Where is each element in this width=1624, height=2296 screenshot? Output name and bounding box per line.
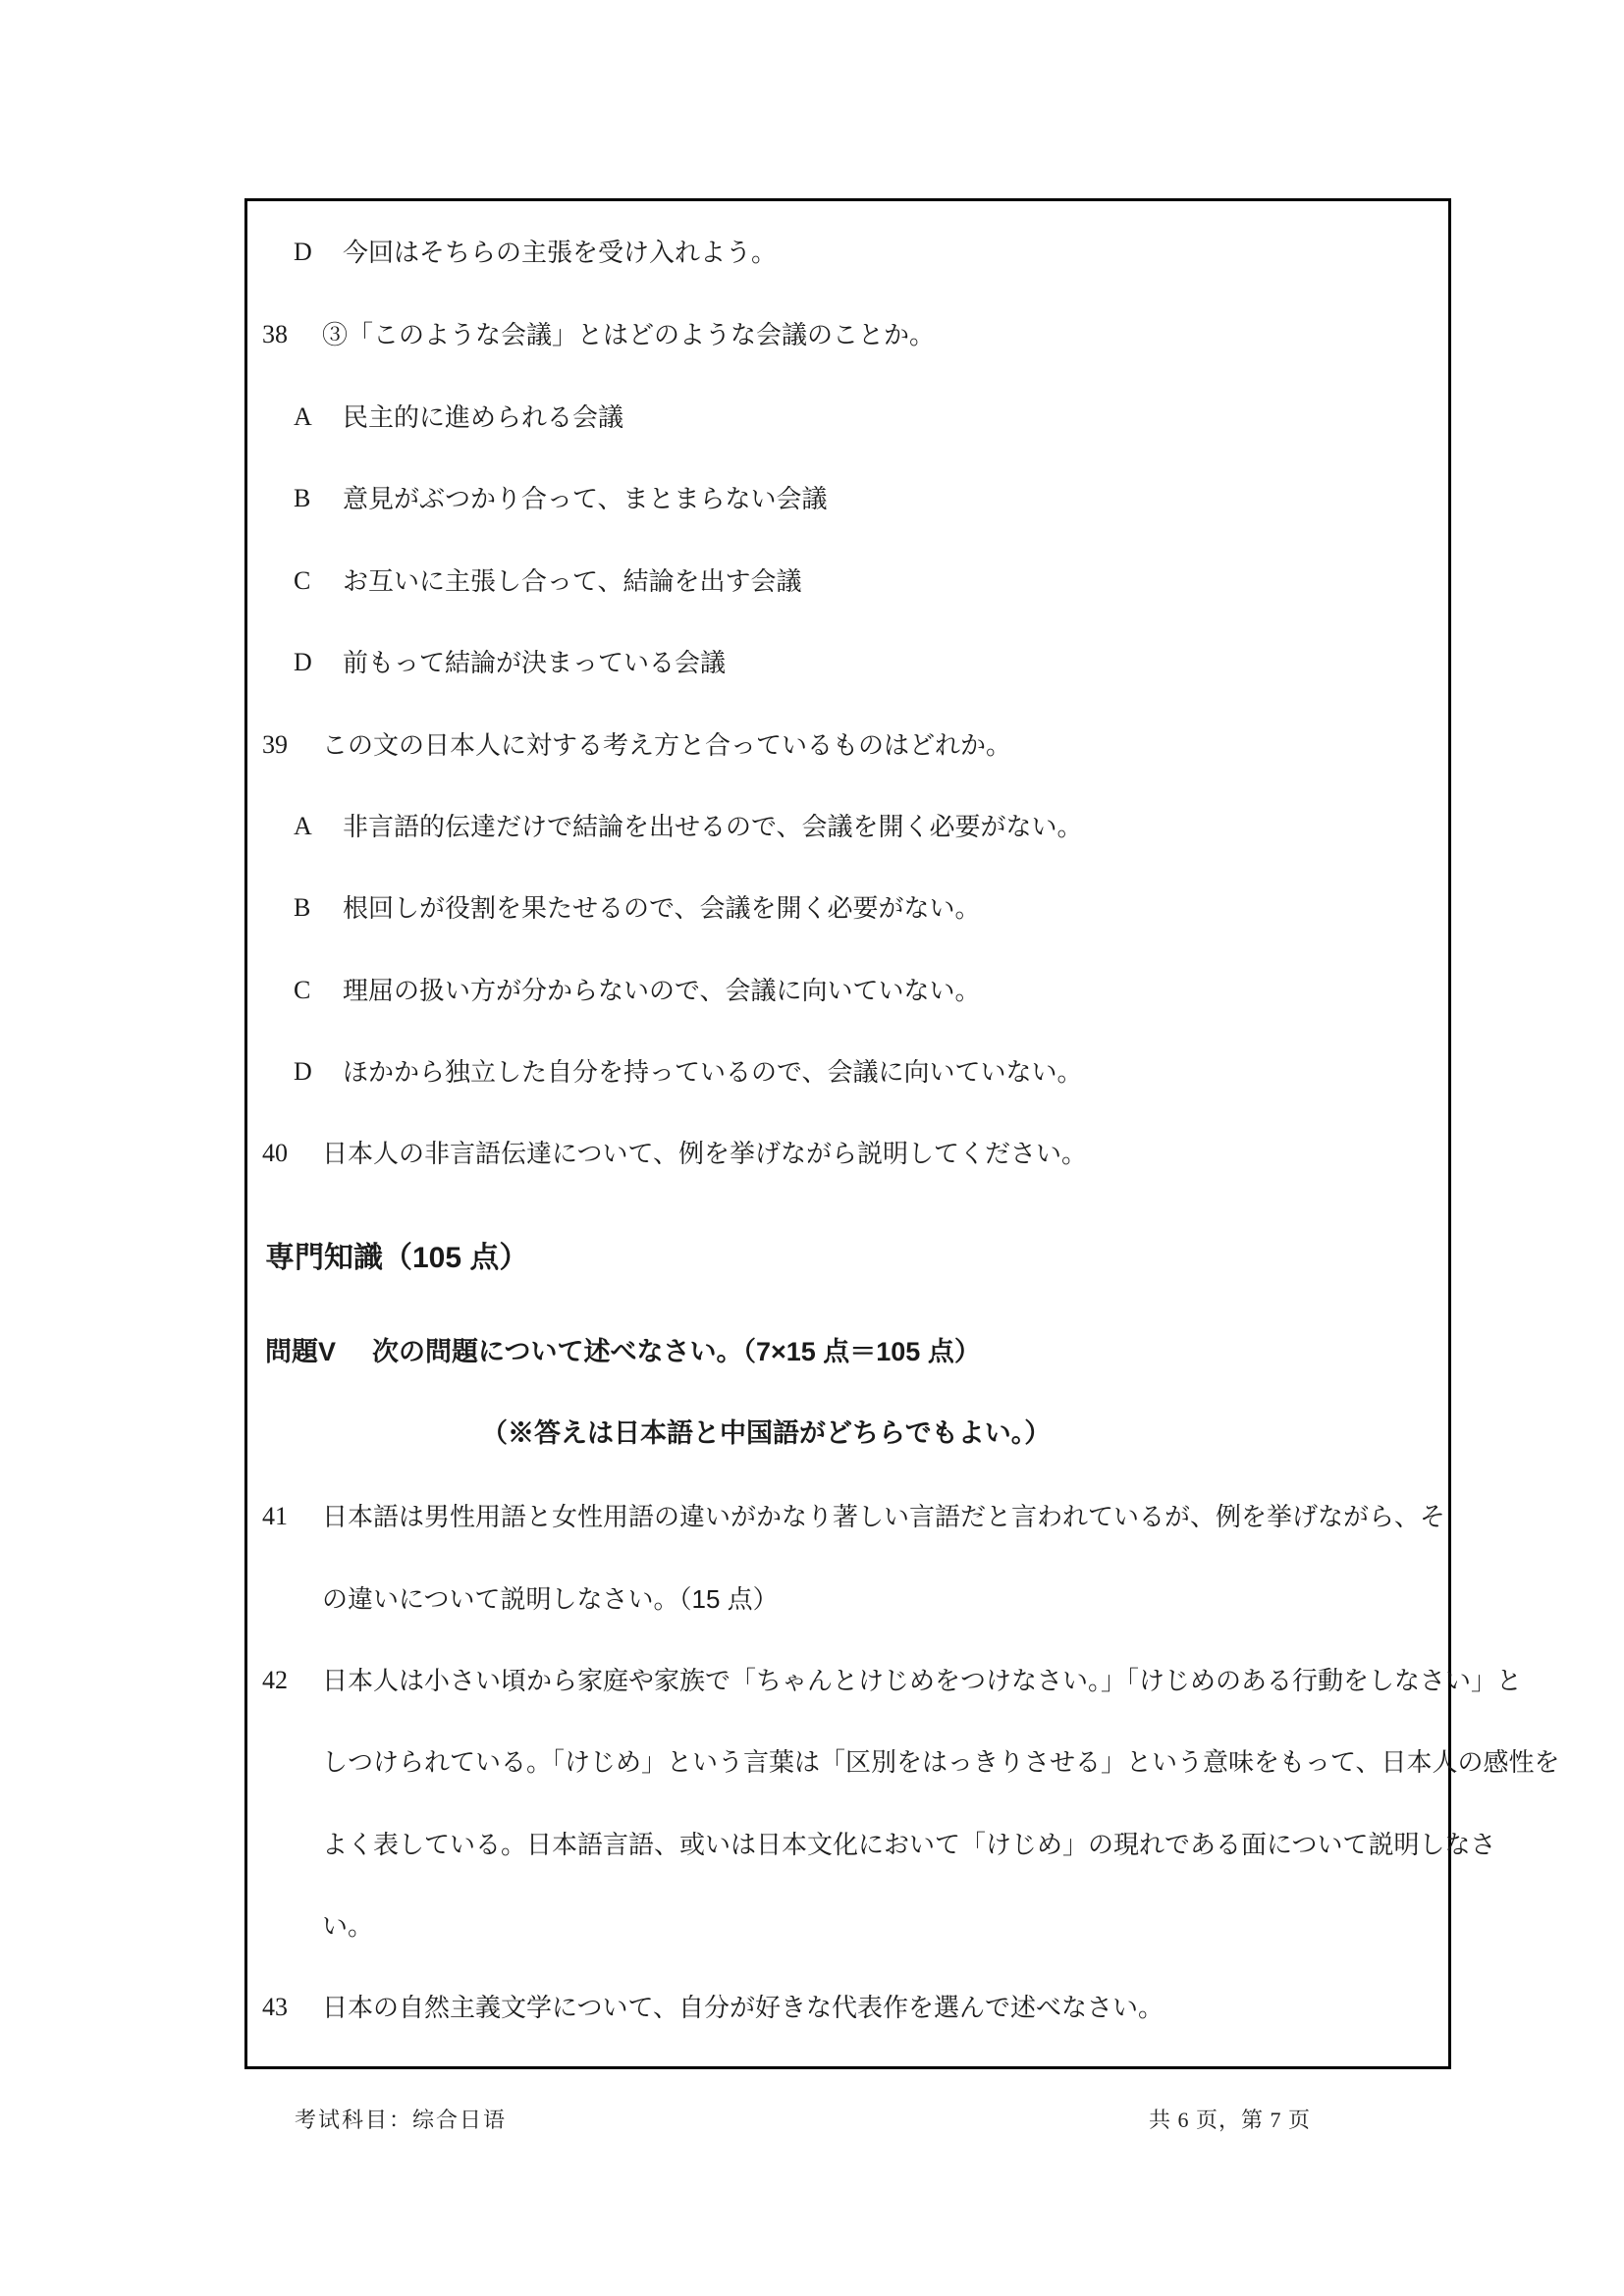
option-row: C 理屈の扱い方が分からないので、会議に向いていない。 [247, 974, 1448, 1013]
option-text: 今回はそちらの主張を受け入れよう。 [343, 236, 777, 269]
option-row: D ほかから独立した自分を持っているので、会議に向いていない。 [247, 1055, 1448, 1095]
question-text: 日本人の非言語伝達について、例を挙げながら説明してください。 [322, 1137, 1087, 1170]
question-42-continuation: よく表している。日本語言語、或いは日本文化において「けじめ」の現れである面につい… [247, 1828, 1448, 1867]
option-text: 前もって結論が決まっている会議 [343, 646, 726, 679]
question-row-41: 41 日本語は男性用語と女性用語の違いがかなり著しい言語だと言われているが、例を… [247, 1500, 1448, 1539]
option-text: お互いに主張し合って、結論を出す会議 [343, 564, 801, 598]
footer-subject-label: 考试科目：综合日语 [295, 2104, 507, 2134]
question-text-continuation: い。 [322, 1909, 373, 1943]
option-letter: A [294, 400, 312, 434]
option-row: D 今回はそちらの主張を受け入れよう。 [247, 236, 1448, 275]
option-text: 非言語的伝達だけで結論を出せるので、会議を開く必要がない。 [343, 810, 1082, 843]
question-number: 40 [262, 1137, 288, 1170]
instruction-text: 次の問題について述べなさい。（7×15 点＝105 点） [372, 1335, 981, 1368]
question-row-42: 42 日本人は小さい頃から家庭や家族で「ちゃんとけじめをつけなさい。」「けじめの… [247, 1664, 1448, 1703]
option-row: A 民主的に進められる会議 [247, 400, 1448, 440]
section-heading: 専門知識（105 点） [247, 1242, 1448, 1281]
option-letter: D [294, 646, 312, 679]
option-letter: B [294, 482, 310, 515]
question-41-continuation: の違いについて説明しなさい。（15 点） [247, 1582, 1448, 1622]
section-note: （※答えは日本語と中国語がどちらでもよい。） [247, 1416, 1448, 1456]
question-text: 日本の自然主義文学について、自分が好きな代表作を選んで述べなさい。 [322, 1991, 1164, 2024]
section-title: 専門知識（105 点） [265, 1242, 528, 1275]
option-text: 意見がぶつかり合って、まとまらない会議 [343, 482, 827, 515]
option-letter: C [294, 974, 310, 1007]
question-text: この文の日本人に対する考え方と合っているものはどれか。 [322, 728, 1011, 762]
option-row: B 意見がぶつかり合って、まとまらない会議 [247, 482, 1448, 521]
question-text-continuation: よく表している。日本語言語、或いは日本文化において「けじめ」の現れである面につい… [322, 1828, 1495, 1861]
section-instruction: 問題V 次の問題について述べなさい。（7×15 点＝105 点） [247, 1335, 1448, 1374]
question-text-continuation: しつけられている。「けじめ」という言葉は「区別をはっきりさせる」という意味をもっ… [322, 1745, 1559, 1779]
instruction-label: 問題V [265, 1335, 336, 1368]
option-letter: A [294, 810, 312, 843]
question-number: 38 [262, 318, 288, 351]
option-row: B 根回しが役割を果たせるので、会議を開く必要がない。 [247, 891, 1448, 931]
option-row: D 前もって結論が決まっている会議 [247, 646, 1448, 685]
option-text: 根回しが役割を果たせるので、会議を開く必要がない。 [343, 891, 980, 925]
question-text: ③「このような会議」とはどのような会議のことか。 [322, 318, 935, 351]
option-text: 理屈の扱い方が分からないので、会議に向いていない。 [343, 974, 980, 1007]
question-number: 43 [262, 1991, 288, 2024]
option-row: C お互いに主張し合って、結論を出す会議 [247, 564, 1448, 604]
question-row-43: 43 日本の自然主義文学について、自分が好きな代表作を選んで述べなさい。 [247, 1991, 1448, 2030]
option-text: 民主的に進められる会議 [343, 400, 623, 434]
exam-content-box: D 今回はそちらの主張を受け入れよう。 38 ③「このような会議」とはどのような… [244, 198, 1451, 2069]
question-row-38: 38 ③「このような会議」とはどのような会議のことか。 [247, 318, 1448, 357]
question-number: 39 [262, 728, 288, 762]
option-row: A 非言語的伝達だけで結論を出せるので、会議を開く必要がない。 [247, 810, 1448, 849]
question-42-continuation: い。 [247, 1909, 1448, 1949]
option-letter: D [294, 1055, 312, 1089]
option-letter: B [294, 891, 310, 925]
footer-page-number: 共 6 页，第 7 页 [1149, 2104, 1311, 2134]
question-text: 日本人は小さい頃から家庭や家族で「ちゃんとけじめをつけなさい。」「けじめのある行… [322, 1664, 1522, 1697]
exam-page: { "exam": { "carryover_option": { "lette… [0, 0, 1624, 2296]
question-text-continuation: の違いについて説明しなさい。（15 点） [322, 1582, 779, 1616]
question-42-continuation: しつけられている。「けじめ」という言葉は「区別をはっきりさせる」という意味をもっ… [247, 1745, 1448, 1785]
option-text: ほかから独立した自分を持っているので、会議に向いていない。 [343, 1055, 1082, 1089]
option-letter: D [294, 236, 312, 269]
question-number: 41 [262, 1500, 288, 1533]
question-text: 日本語は男性用語と女性用語の違いがかなり著しい言語だと言われているが、例を挙げな… [322, 1500, 1445, 1533]
note-text: （※答えは日本語と中国語がどちらでもよい。） [481, 1416, 1051, 1450]
question-row-40: 40 日本人の非言語伝達について、例を挙げながら説明してください。 [247, 1137, 1448, 1176]
question-row-39: 39 この文の日本人に対する考え方と合っているものはどれか。 [247, 728, 1448, 768]
option-letter: C [294, 564, 310, 598]
question-number: 42 [262, 1664, 288, 1697]
